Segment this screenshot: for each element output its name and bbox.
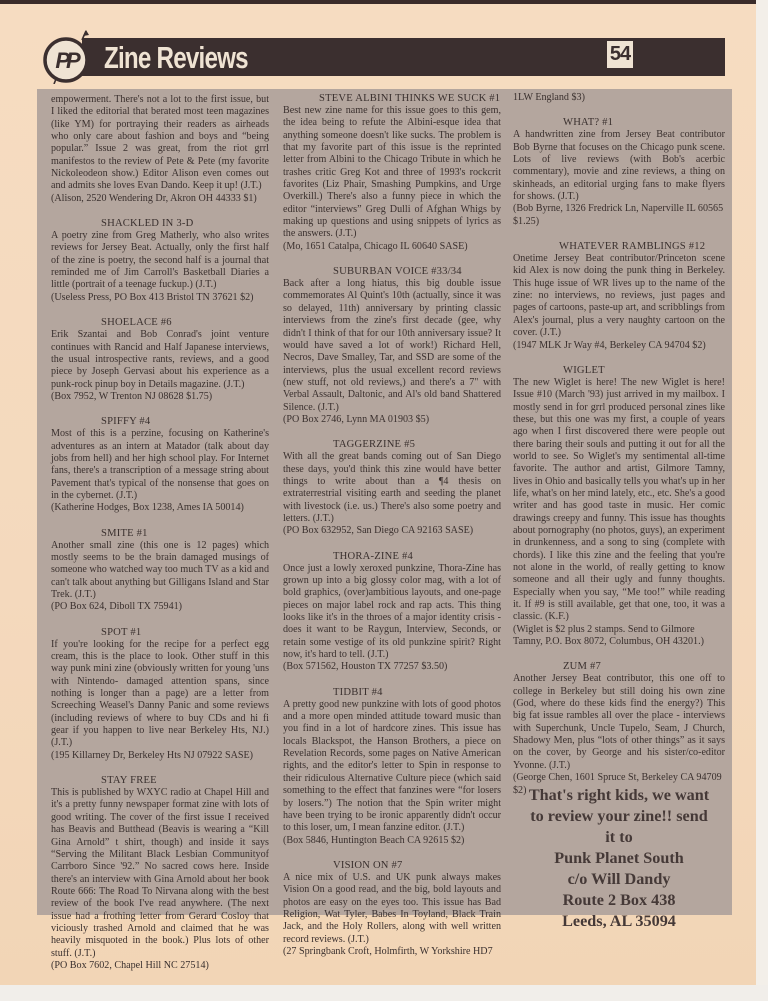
review-address: (PO Box 632952, San Diego CA 92163 SASE) [283,525,501,537]
review-steve-albini: STEVE ALBINI THINKS WE SUCK #1 Best new … [283,92,501,253]
review-address: (Katherine Hodges, Box 1238, Ames IA 500… [51,502,269,514]
review-title: ZUM #7 [513,660,725,673]
review-address: 1LW England $3) [513,92,725,104]
review-vision-on: VISION ON #7 A nice mix of U.S. and UK p… [283,859,501,958]
review-spot: SPOT #1 If you're looking for the recipe… [51,626,269,762]
scan-top-edge [0,0,768,4]
review-what: WHAT? #1 A handwritten zine from Jersey … [513,116,725,228]
submit-zine-callout: That's right kids, we want to review you… [513,785,725,932]
review-title: WIGLET [513,364,725,377]
scan-bottom-edge [0,985,768,1001]
review-title: SPOT #1 [51,626,269,639]
review-body: Onetime Jersey Beat contributor/Princeto… [513,253,725,339]
review-address: (PO Box 7602, Chapel Hill NC 27514) [51,960,269,972]
review-title: SPIFFY #4 [51,415,269,428]
column-1: empowerment. There's not a lot to the fi… [51,94,269,984]
review-address: (Mo, 1651 Catalpa, Chicago IL 60640 SASE… [283,241,501,253]
punk-planet-logo-icon: PP [38,30,98,84]
review-title: STAY FREE [51,774,269,787]
review-address: (27 Springbank Croft, Holmfirth, W Yorks… [283,946,501,958]
review-body: Another Jersey Beat contributor, this on… [513,673,725,772]
page-number: 54 [607,41,633,68]
review-spiffy: SPIFFY #4 Most of this is a perzine, foc… [51,415,269,514]
column-2: STEVE ALBINI THINKS WE SUCK #1 Best new … [283,92,501,970]
review-address: (Bob Byrne, 1326 Fredrick Ln, Naperville… [513,203,725,228]
review-suburban-voice: SUBURBAN VOICE #33/34 Back after a long … [283,265,501,426]
review-continued: empowerment. There's not a lot to the fi… [51,94,269,205]
review-address: (PO Box 624, Diboll TX 75941) [51,601,269,613]
review-address: (Box 571562, Houston TX 77257 $3.50) [283,661,501,673]
review-body: A pretty good new punkzine with lots of … [283,699,501,835]
callout-line: Route 2 Box 438 [513,890,725,911]
review-title: THORA-ZINE #4 [283,550,501,563]
review-address: (1947 MLK Jr Way #4, Berkeley CA 94704 $… [513,340,725,352]
page-title: Zine Reviews [104,38,248,76]
review-whatever-ramblings: WHATEVER RAMBLINGS #12 Onetime Jersey Be… [513,240,725,352]
review-body: Once just a lowly xeroxed punkzine, Thor… [283,563,501,662]
review-wiglet: WIGLET The new Wiglet is here! The new W… [513,364,725,649]
callout-line: That's right kids, we want [513,785,725,806]
review-body: Most of this is a perzine, focusing on K… [51,428,269,502]
review-title: STEVE ALBINI THINKS WE SUCK #1 [283,92,501,105]
review-title: TIDBIT #4 [283,686,501,699]
review-title: WHATEVER RAMBLINGS #12 [513,240,725,253]
callout-line: Punk Planet South [513,848,725,869]
review-thora-zine: THORA-ZINE #4 Once just a lowly xeroxed … [283,550,501,674]
review-body: Another small zine (this one is 12 pages… [51,540,269,602]
review-taggerzine: TAGGERZINE #5 With all the great bands c… [283,438,501,537]
reviews-content: empowerment. There's not a lot to the fi… [37,89,732,915]
review-vision-on-continued: 1LW England $3) [513,92,725,104]
callout-line: it to [513,827,725,848]
review-shackled-in-3d: SHACKLED IN 3-D A poetry zine from Greg … [51,217,269,304]
review-body: If you're looking for the recipe for a p… [51,639,269,750]
column-3: 1LW England $3) WHAT? #1 A handwritten z… [513,92,725,809]
scan-right-edge [756,0,768,1001]
review-body: A poetry zine from Greg Matherly, who al… [51,230,269,292]
review-title: SUBURBAN VOICE #33/34 [283,265,501,278]
review-shoelace: SHOELACE #6 Erik Szantai and Bob Conrad'… [51,316,269,403]
review-body: A handwritten zine from Jersey Beat cont… [513,129,725,203]
callout-line: to review your zine!! send [513,806,725,827]
review-body: With all the great bands coming out of S… [283,451,501,525]
review-body: Erik Szantai and Bob Conrad's joint vent… [51,329,269,391]
review-address: (Box 5846, Huntington Beach CA 92615 $2) [283,835,501,847]
review-body: This is published by WXYC radio at Chape… [51,787,269,960]
review-title: TAGGERZINE #5 [283,438,501,451]
review-stay-free: STAY FREE This is published by WXYC radi… [51,774,269,972]
review-address: (Box 7952, W Trenton NJ 08628 $1.75) [51,391,269,403]
review-title: SMITE #1 [51,527,269,540]
review-address: (195 Killarney Dr, Berkeley Hts NJ 07922… [51,750,269,762]
callout-line: c/o Will Dandy [513,869,725,890]
review-address: (Alison, 2520 Wendering Dr, Akron OH 443… [51,193,269,205]
review-title: SHOELACE #6 [51,316,269,329]
review-body: Back after a long hiatus, this big doubl… [283,278,501,414]
review-title: WHAT? #1 [513,116,725,129]
callout-line: Leeds, AL 35094 [513,911,725,932]
review-address: (PO Box 2746, Lynn MA 01903 $5) [283,414,501,426]
review-body: A nice mix of U.S. and UK punk always ma… [283,872,501,946]
review-body: Best new zine name for this issue goes t… [283,105,501,241]
review-tidbit: TIDBIT #4 A pretty good new punkzine wit… [283,686,501,847]
review-title: VISION ON #7 [283,859,501,872]
review-zum: ZUM #7 Another Jersey Beat contributor, … [513,660,725,796]
review-body: empowerment. There's not a lot to the fi… [51,94,269,193]
review-address: (Wiglet is $2 plus 2 stamps. Send to Gil… [513,624,725,649]
review-smite: SMITE #1 Another small zine (this one is… [51,527,269,614]
review-address: (Useless Press, PO Box 413 Bristol TN 37… [51,292,269,304]
review-body: The new Wiglet is here! The new Wiglet i… [513,377,725,624]
review-title: SHACKLED IN 3-D [51,217,269,230]
